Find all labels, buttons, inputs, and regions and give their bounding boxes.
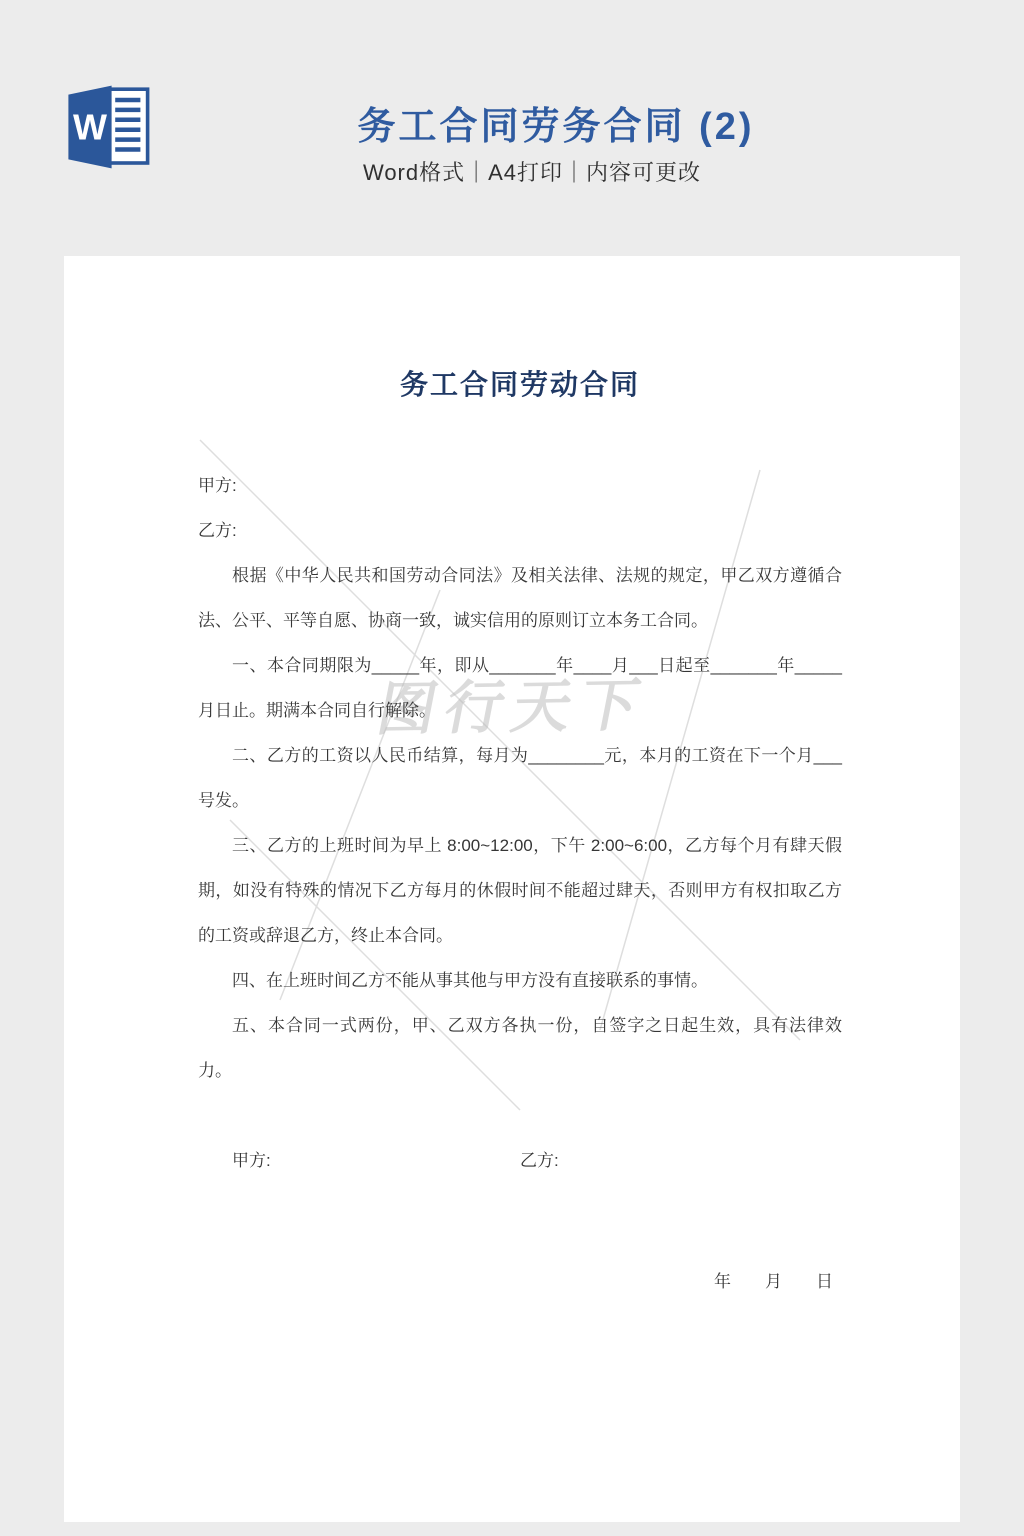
signature-row: 甲方: 乙方: xyxy=(198,1138,842,1183)
signature-party-a: 甲方: xyxy=(232,1151,271,1170)
page-subtitle: Word格式｜A4打印｜内容可更改 xyxy=(0,156,1024,187)
party-b-line: 乙方: xyxy=(198,508,842,553)
document-preview-screen: W 务工合同劳务合同 (2) Word格式｜A4打印｜内容可更改 图行天下 务工… xyxy=(0,0,1024,1536)
document-body: 甲方: 乙方: 根据《中华人民共和国劳动合同法》及相关法律、法规的规定，甲乙双方… xyxy=(198,463,842,1304)
clause-1: 一、本合同期限为_____年，即从_______年____月___日起至____… xyxy=(198,643,842,733)
party-a-line: 甲方: xyxy=(198,463,842,508)
header: W 务工合同劳务合同 (2) Word格式｜A4打印｜内容可更改 xyxy=(0,0,1024,256)
page-title: 务工合同劳务合同 (2) xyxy=(0,95,1024,150)
document-title: 务工合同劳动合同 xyxy=(198,256,842,404)
document-page: 图行天下 务工合同劳动合同 甲方: 乙方: 根据《中华人民共和国劳动合同法》及相… xyxy=(64,256,960,1522)
signature-party-b: 乙方: xyxy=(520,1138,559,1183)
clause-4: 四、在上班时间乙方不能从事其他与甲方没有直接联系的事情。 xyxy=(198,958,842,1003)
clause-2: 二、乙方的工资以人民币结算，每月为________元，本月的工资在下一个月___… xyxy=(198,733,842,823)
date-line: 年 月 日 xyxy=(198,1259,842,1304)
clause-3: 三、乙方的上班时间为早上 8:00~12:00，下午 2:00~6:00，乙方每… xyxy=(198,823,842,958)
document-content: 务工合同劳动合同 甲方: 乙方: 根据《中华人民共和国劳动合同法》及相关法律、法… xyxy=(198,256,842,1304)
preamble-paragraph: 根据《中华人民共和国劳动合同法》及相关法律、法规的规定，甲乙双方遵循合法、公平、… xyxy=(198,553,842,643)
clause-5: 五、本合同一式两份，甲、乙双方各执一份，自签字之日起生效，具有法律效力。 xyxy=(198,1003,842,1093)
